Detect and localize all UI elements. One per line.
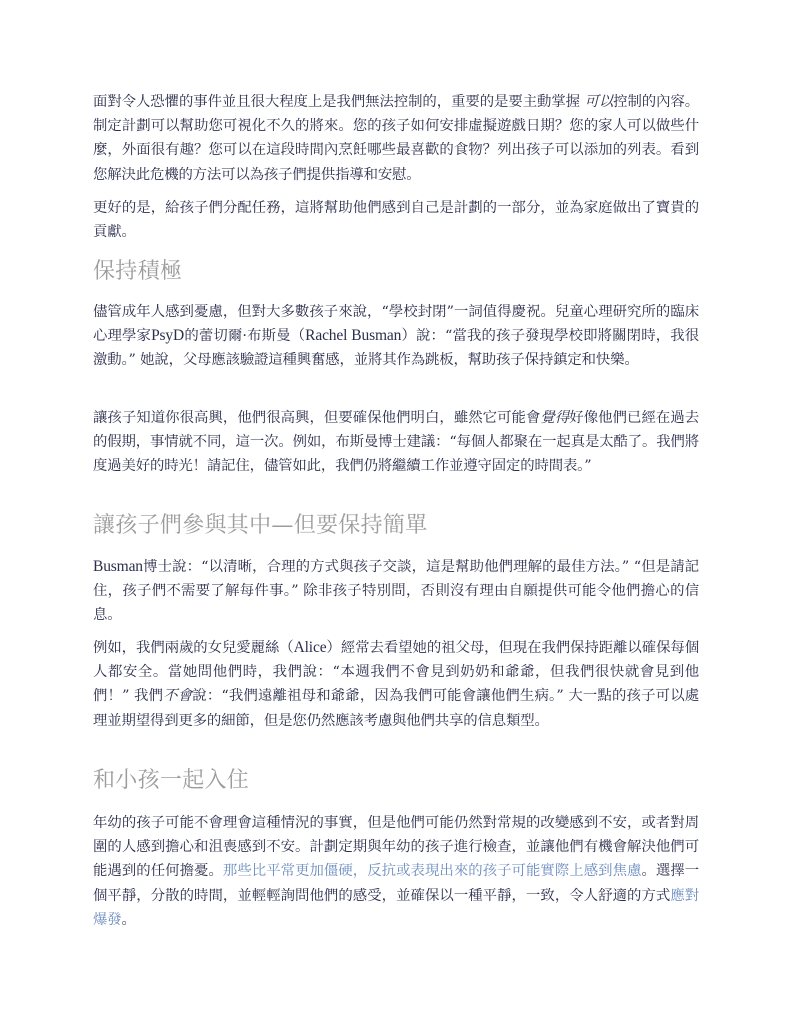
- paragraph-assign-tasks: 更好的是，給孩子們分配任務，這將幫助他們感到自己是計劃的一部分，並為家庭做出了寶…: [93, 196, 699, 244]
- text-segment: 面對令人恐懼的事件並且很大程度上是我們無法控制的，重要的是要主動掌握: [93, 94, 585, 110]
- paragraph-young-children: 年幼的孩子可能不會理會這種情況的事實，但是他們可能仍然對常規的改變感到不安，或者…: [93, 811, 699, 932]
- paragraph-busman-quote: Busman博士說：“以清晰，合理的方式與孩子交談，這是幫助他們理解的最佳方法。…: [93, 555, 699, 628]
- text-segment: 例如，我們兩歲的女兒愛麗絲（: [93, 640, 294, 656]
- latin-text: Rachel Busman: [305, 327, 401, 344]
- text-segment: 讓孩子知道你很高興，他們很高興，但要確保他們明白，雖然它可能會: [93, 410, 540, 426]
- text-segment: 的蕾切爾·布斯曼（: [184, 328, 305, 344]
- text-segment: 博士說：“以清晰，合理的方式與孩子交談，這是幫助他們理解的最佳方法。” “但是請…: [93, 559, 699, 623]
- text-segment: 。: [121, 912, 135, 928]
- paragraph-let-kids-know: 讓孩子知道你很高興，他們很高興，但要確保他們明白，雖然它可能會覺得好像他們已經在…: [93, 406, 699, 479]
- emphasis-text: 可以: [585, 94, 614, 110]
- paragraph-alice-example: 例如，我們兩歲的女兒愛麗絲（Alice）經常去看望她的祖父母，但現在我們保持距離…: [93, 636, 699, 733]
- text-segment: 更好的是，給孩子們分配任務，這將幫助他們感到自己是計劃的一部分，並為家庭做出了寶…: [93, 200, 699, 240]
- heading-check-in-young-kids: 和小孩一起入住: [93, 766, 249, 796]
- paragraph-school-closure: 儘管成年人感到憂慮，但對大多數孩子來說，“學校封閉”一詞值得慶祝。兒童心理研究所…: [93, 300, 699, 373]
- paragraph-planning: 面對令人恐懼的事件並且很大程度上是我們無法控制的，重要的是要主動掌握 可以控制的…: [93, 90, 699, 187]
- heading-stay-positive: 保持積極: [93, 257, 182, 287]
- latin-text: Alice: [294, 639, 327, 656]
- emphasis-text: 覺得: [540, 410, 569, 426]
- emphasis-text: 不會: [163, 688, 192, 704]
- latin-text: PsyD: [151, 327, 184, 344]
- heading-involve-kids: 讓孩子們參與其中—但要保持簡單: [93, 511, 428, 541]
- latin-text: Busman: [93, 558, 143, 575]
- link-anxiety-signs[interactable]: 那些比平常更加僵硬，反抗或表現出來的孩子可能實際上感到焦慮: [223, 863, 642, 879]
